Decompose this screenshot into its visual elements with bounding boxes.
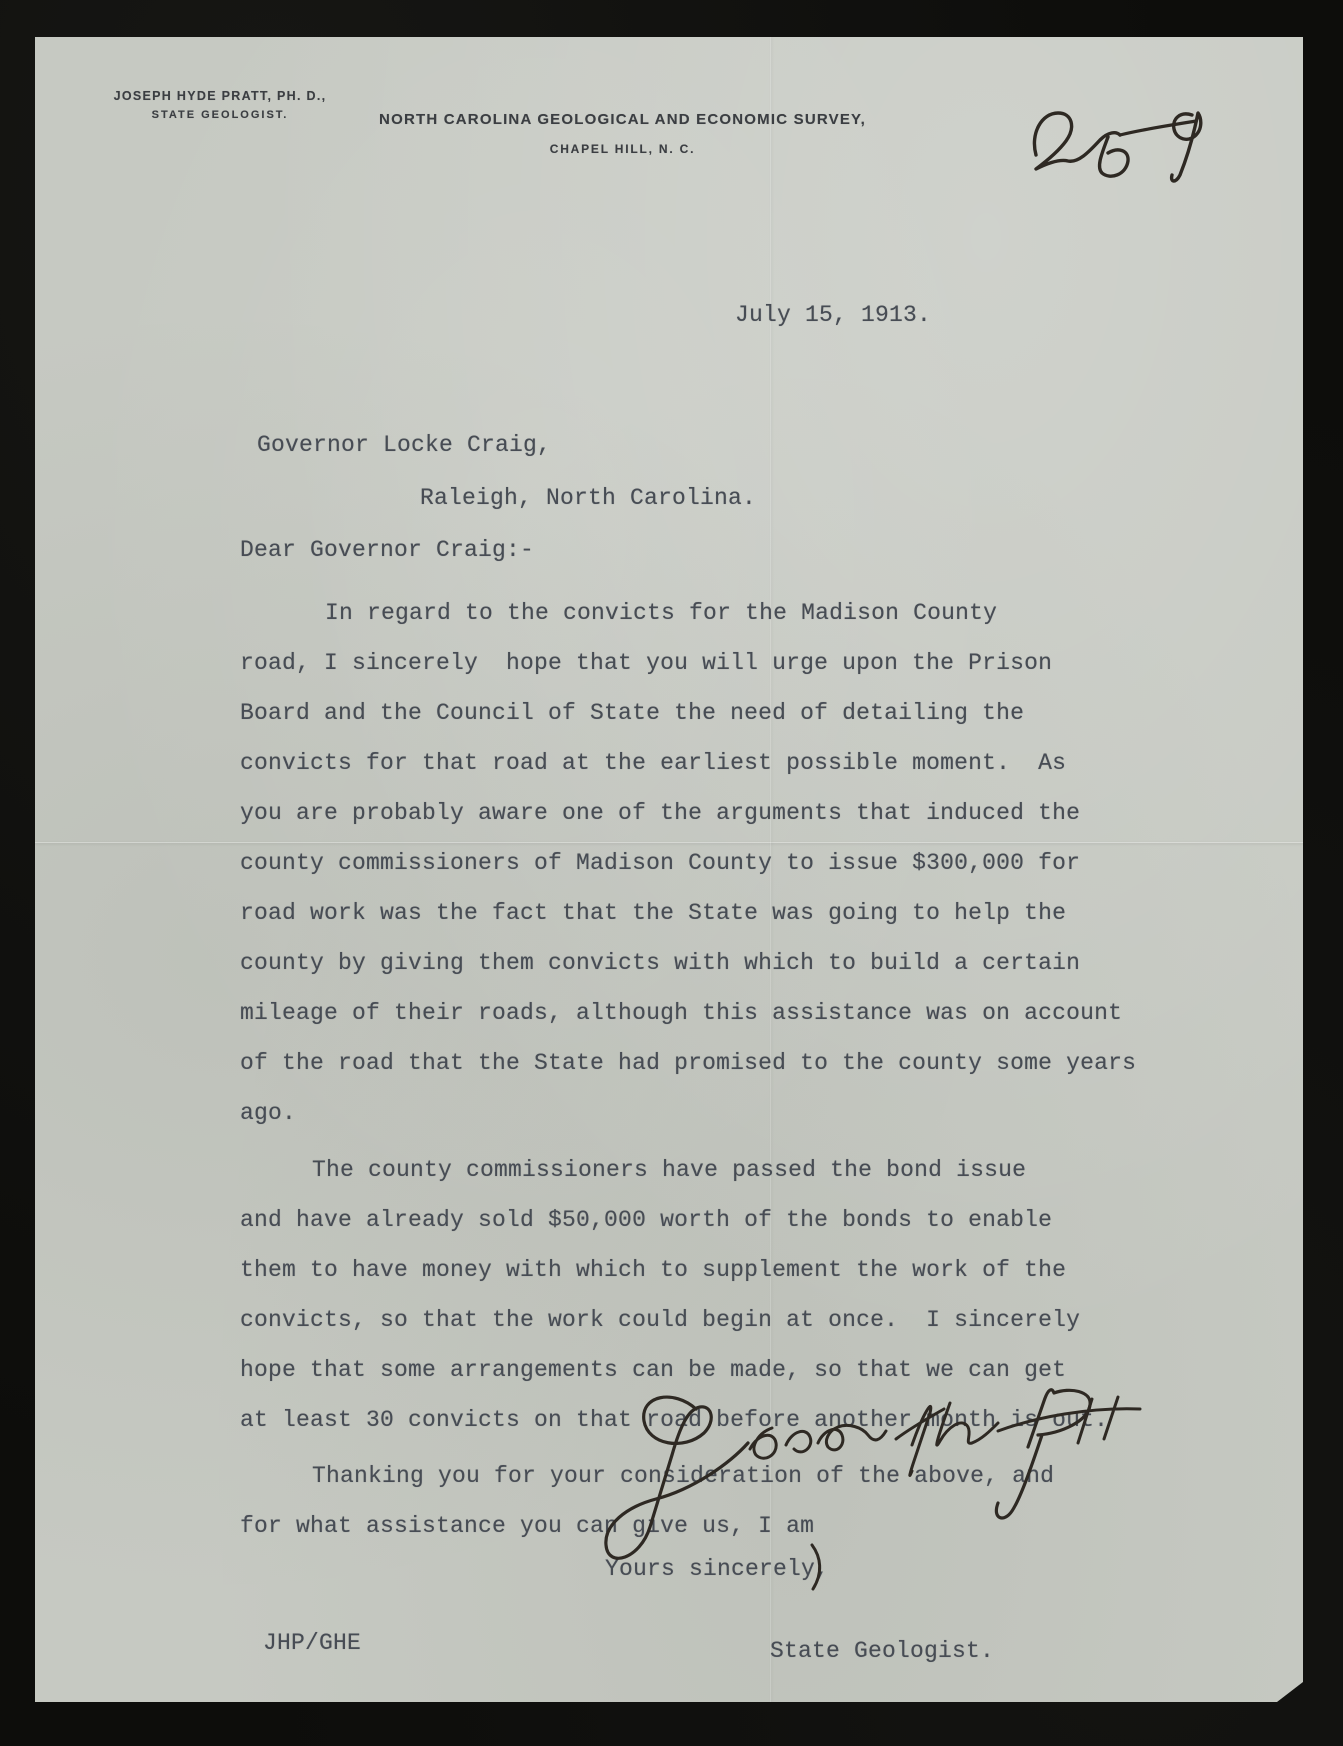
signature-typed-title: State Geologist.: [770, 1638, 994, 1664]
letterhead-author-title: STATE GEOLOGIST.: [95, 109, 345, 121]
letter-line: you are probably aware one of the argume…: [240, 788, 1145, 838]
letter-line: The county commissioners have passed the…: [240, 1145, 1145, 1195]
reference-initials: JHP/GHE: [263, 1630, 361, 1656]
letter-line: Board and the Council of State the need …: [240, 688, 1145, 738]
letterhead-author-block: JOSEPH HYDE PRATT, PH. D., STATE GEOLOGI…: [95, 89, 345, 121]
handwritten-signature: [600, 1387, 1145, 1602]
letter-line: ago.: [240, 1088, 1145, 1138]
letter-page: JOSEPH HYDE PRATT, PH. D., STATE GEOLOGI…: [35, 37, 1303, 1702]
letter-line: of the road that the State had promised …: [240, 1038, 1145, 1088]
handwritten-page-number: [1020, 103, 1230, 193]
letter-line: In regard to the convicts for the Madiso…: [240, 588, 1145, 638]
letter-line: road work was the fact that the State wa…: [240, 888, 1145, 938]
letter-line: convicts, so that the work could begin a…: [240, 1295, 1145, 1345]
letter-line: county by giving them convicts with whic…: [240, 938, 1145, 988]
letterhead-author-name: JOSEPH HYDE PRATT, PH. D.,: [95, 89, 345, 103]
body-paragraph-1: In regard to the convicts for the Madiso…: [240, 588, 1145, 1138]
letterhead-location: CHAPEL HILL, N. C.: [350, 142, 895, 156]
letter-line: road, I sincerely hope that you will urg…: [240, 638, 1145, 688]
letter-line: them to have money with which to supplem…: [240, 1245, 1145, 1295]
letterhead-organization: NORTH CAROLINA GEOLOGICAL AND ECONOMIC S…: [350, 111, 895, 128]
letter-line: county commissioners of Madison County t…: [240, 838, 1145, 888]
scanned-letter-photo: { "colors":{ "backdrop":"#0d0d0b", "pape…: [0, 0, 1343, 1746]
letterhead-org-block: NORTH CAROLINA GEOLOGICAL AND ECONOMIC S…: [350, 111, 895, 156]
recipient-city-line: Raleigh, North Carolina.: [420, 485, 756, 511]
letter-line: convicts for that road at the earliest p…: [240, 738, 1145, 788]
date-line: July 15, 1913.: [735, 302, 931, 328]
letter-line: and have already sold $50,000 worth of t…: [240, 1195, 1145, 1245]
salutation: Dear Governor Craig:-: [240, 537, 534, 563]
recipient-name-line: Governor Locke Craig,: [257, 432, 551, 458]
letter-line: mileage of their roads, although this as…: [240, 988, 1145, 1038]
